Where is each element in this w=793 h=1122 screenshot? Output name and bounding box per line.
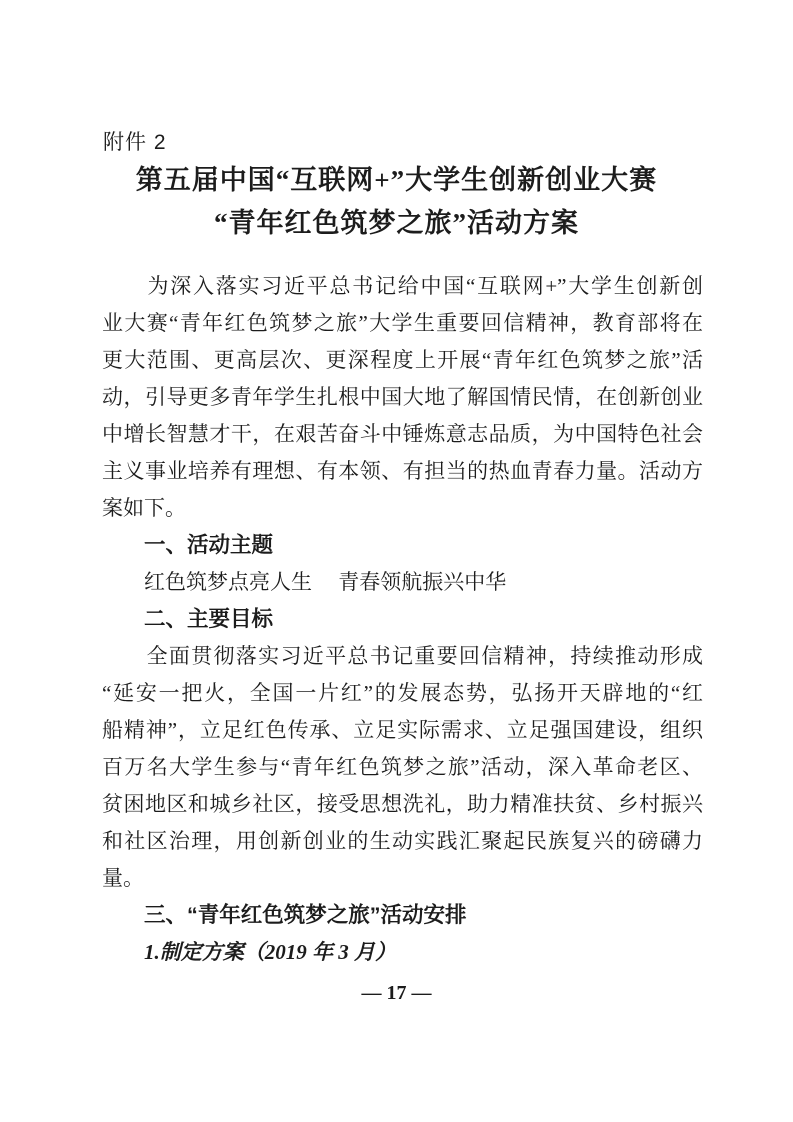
document-title-line-2: “青年红色筑梦之旅”活动方案 [0,202,793,245]
text-line: 百万名大学生参与“青年红色筑梦之旅”活动，深入革命老区、 [102,749,703,786]
text-line: 更大范围、更高层次、更深程度上开展“青年红色筑梦之旅”活 [102,342,703,379]
text-line: 贫困地区和城乡社区，接受思想洗礼，助力精准扶贫、乡村振兴 [102,786,703,823]
subsection-heading-make-plan: 1.制定方案（2019 年 3 月） [102,934,703,971]
attachment-label: 附件 2 [103,130,167,156]
text-line: 动，引导更多青年学生扎根中国大地了解国情民情，在创新创业 [102,379,703,416]
document-title: 第五届中国“互联网+”大学生创新创业大赛 “青年红色筑梦之旅”活动方案 [0,159,793,245]
text-line: 中增长智慧才干，在艰苦奋斗中锤炼意志品质，为中国特色社会 [102,416,703,453]
section-heading-main-goals: 二、主要目标 [102,601,703,638]
page-number: — 17 — [0,980,793,1006]
text-line: 主义事业培养有理想、有本领、有担当的热血青春力量。活动方 [102,453,703,490]
goals-paragraph: 全面贯彻落实习近平总书记重要回信精神，持续推动形成“延安一把火，全国一片红”的发… [102,638,703,897]
text-line: 量。 [102,860,703,897]
document-body: 为深入落实习近平总书记给中国“互联网+”大学生创新创业大赛“青年红色筑梦之旅”大… [102,268,703,971]
text-line: 船精神”，立足红色传承、立足实际需求、立足强国建设，组织 [102,712,703,749]
text-line: 业大赛“青年红色筑梦之旅”大学生重要回信精神，教育部将在 [102,305,703,342]
text-line: 为深入落实习近平总书记给中国“互联网+”大学生创新创 [102,268,703,305]
text-line: 案如下。 [102,490,703,527]
text-line: 和社区治理，用创新创业的生动实践汇聚起民族复兴的磅礴力 [102,823,703,860]
section-heading-activity-arrangement: 三、“青年红色筑梦之旅”活动安排 [102,897,703,934]
text-line: 全面贯彻落实习近平总书记重要回信精神，持续推动形成 [102,638,703,675]
text-line: “延安一把火，全国一片红”的发展态势，弘扬开天辟地的“红 [102,675,703,712]
theme-slogan-line: 红色筑梦点亮人生 青春领航振兴中华 [102,564,703,601]
section-heading-activity-theme: 一、活动主题 [102,527,703,564]
document-title-line-1: 第五届中国“互联网+”大学生创新创业大赛 [0,159,793,202]
intro-paragraph: 为深入落实习近平总书记给中国“互联网+”大学生创新创业大赛“青年红色筑梦之旅”大… [102,268,703,527]
document-page: 附件 2 第五届中国“互联网+”大学生创新创业大赛 “青年红色筑梦之旅”活动方案… [0,0,793,1122]
